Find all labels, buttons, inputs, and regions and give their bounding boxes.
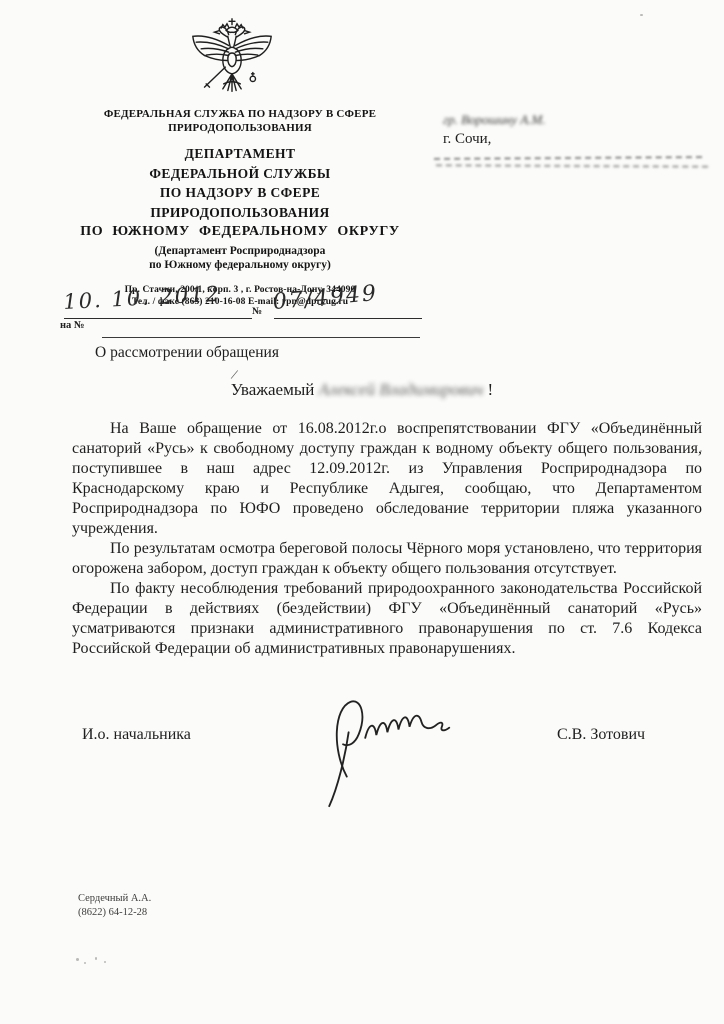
dept-line: ФЕДЕРАЛЬНОЙ СЛУЖБЫ — [58, 164, 422, 184]
dept-line: ПО НАДЗОРУ В СФЕРЕ — [58, 183, 422, 203]
number-sign-label: № — [252, 306, 262, 317]
reply-to-number-blank-line — [102, 337, 420, 338]
outgoing-number-field: 07/4949 — [274, 290, 422, 319]
salutation: Уважаемый Алексей Владимирович ! — [0, 380, 724, 400]
subject-line: О рассмотрении обращения — [95, 344, 279, 362]
handwritten-signature — [280, 688, 480, 808]
executor-name: Сердечный А.А. — [78, 892, 151, 906]
addressee-city: г. Сочи, — [443, 131, 491, 148]
dept-line-district: ПО ЮЖНОМУ ФЕДЕРАЛЬНОМУ ОКРУГУ — [58, 222, 422, 242]
dept-line: ДЕПАРТАМЕНТ — [58, 144, 422, 164]
russian-coat-of-arms-icon — [182, 16, 282, 110]
reply-to-number-label: на № — [60, 320, 84, 331]
dept-short-name-line2: по Южному федеральному округу) — [58, 258, 422, 272]
body-paragraph-2: По результатам осмотра береговой полосы … — [72, 539, 702, 579]
executor-block: Сердечный А.А. (8622) 64-12-28 — [78, 892, 151, 919]
letter-body: На Ваше обращение от 16.08.2012г.о воспр… — [72, 419, 702, 659]
scan-noise-speck — [76, 958, 79, 961]
salutation-name-redacted: Алексей Владимирович — [319, 380, 484, 399]
addressee-address-redacted-line2 — [436, 164, 708, 167]
addressee-address-redacted-line1 — [434, 156, 702, 160]
addressee-name-redacted: гр. Ворошину А.М. — [443, 112, 546, 128]
outgoing-date-field: 10. 10. 2012 — [64, 290, 252, 319]
org-name-line1: ФЕДЕРАЛЬНАЯ СЛУЖБА ПО НАДЗОРУ В СФЕРЕ — [58, 108, 422, 122]
body-paragraph-3: По факту несоблюдения требований природо… — [72, 579, 702, 659]
dept-line: ПРИРОДОПОЛЬЗОВАНИЯ — [58, 203, 422, 223]
body-paragraph-1: На Ваше обращение от 16.08.2012г.о воспр… — [72, 419, 702, 539]
scanned-letter-page: ФЕДЕРАЛЬНАЯ СЛУЖБА ПО НАДЗОРУ В СФЕРЕ ПР… — [0, 0, 724, 1024]
signer-name: С.В. Зотович — [557, 726, 645, 744]
scan-noise-speck — [84, 962, 86, 964]
signer-position: И.о. начальника — [82, 726, 191, 744]
scan-noise-speck — [95, 957, 97, 960]
executor-phone: (8622) 64-12-28 — [78, 906, 151, 920]
scan-noise-speck — [640, 14, 643, 16]
scan-noise-speck — [104, 961, 106, 963]
letterhead: ФЕДЕРАЛЬНАЯ СЛУЖБА ПО НАДЗОРУ В СФЕРЕ ПР… — [58, 108, 422, 309]
scan-noise-speck — [700, 450, 702, 452]
dept-short-name-line1: (Департамент Росприроднадзора — [58, 244, 422, 258]
org-name-line2: ПРИРОДОПОЛЬЗОВАНИЯ — [58, 122, 422, 136]
